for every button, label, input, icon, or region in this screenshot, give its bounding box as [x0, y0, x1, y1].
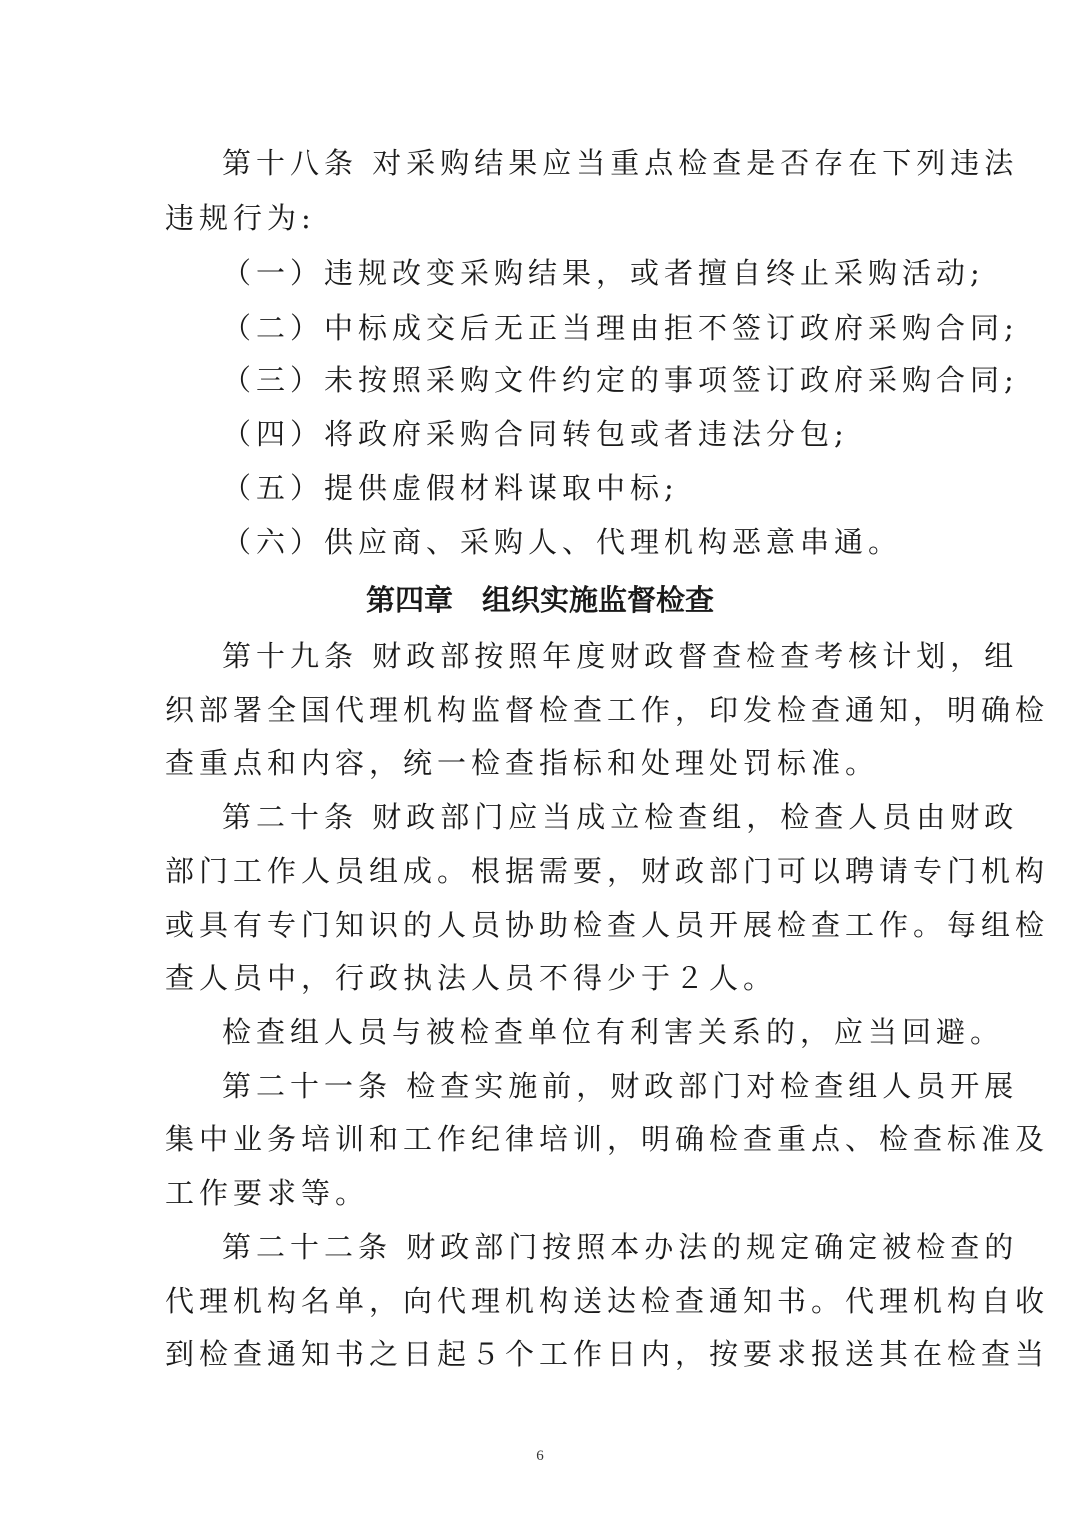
text-line: 检查组人员与被检查单位有利害关系的，应当回避。	[222, 1012, 974, 1052]
text-line: （四）将政府采购合同转包或者违法分包;	[222, 414, 974, 454]
text-line: 到检查通知书之日起５个工作日内，按要求报送其在检查当	[165, 1334, 917, 1374]
text-line: 查人员中，行政执法人员不得少于２人。	[165, 958, 917, 998]
text-line: 部门工作人员组成。根据需要，财政部门可以聘请专门机构	[165, 851, 917, 891]
text-line: （五）提供虚假材料谋取中标;	[222, 468, 974, 508]
document-page: 第十八条 对采购结果应当重点检查是否存在下列违法违规行为:（一）违规改变采购结果…	[0, 0, 1080, 1527]
text-line: 第二十二条 财政部门按照本办法的规定确定被检查的	[222, 1227, 974, 1267]
text-line: 织部署全国代理机构监督检查工作，印发检查通知，明确检	[165, 690, 917, 730]
text-line: 代理机构名单，向代理机构送达检查通知书。代理机构自收	[165, 1281, 917, 1321]
text-line: 第二十一条 检查实施前，财政部门对检查组人员开展	[222, 1066, 974, 1106]
text-line: 或具有专门知识的人员协助检查人员开展检查工作。每组检	[165, 905, 917, 945]
text-line: 查重点和内容，统一检查指标和处理处罚标准。	[165, 743, 917, 783]
page-number: 6	[0, 1448, 1080, 1465]
text-line: 集中业务培训和工作纪律培训，明确检查重点、检查标准及	[165, 1119, 917, 1159]
text-line: 第二十条 财政部门应当成立检查组，检查人员由财政	[222, 797, 974, 837]
text-line: （一）违规改变采购结果，或者擅自终止采购活动;	[222, 253, 974, 293]
text-line: 违规行为:	[165, 198, 917, 238]
text-line: （二）中标成交后无正当理由拒不签订政府采购合同;	[222, 308, 974, 348]
text-line: 第十九条 财政部按照年度财政督查检查考核计划，组	[222, 636, 974, 676]
text-line: 第十八条 对采购结果应当重点检查是否存在下列违法	[222, 143, 974, 183]
chapter-heading: 第四章 组织实施监督检查	[0, 580, 1080, 620]
text-line: （六）供应商、采购人、代理机构恶意串通。	[222, 522, 974, 562]
text-line: 工作要求等。	[165, 1173, 917, 1213]
text-line: （三）未按照采购文件约定的事项签订政府采购合同;	[222, 360, 974, 400]
